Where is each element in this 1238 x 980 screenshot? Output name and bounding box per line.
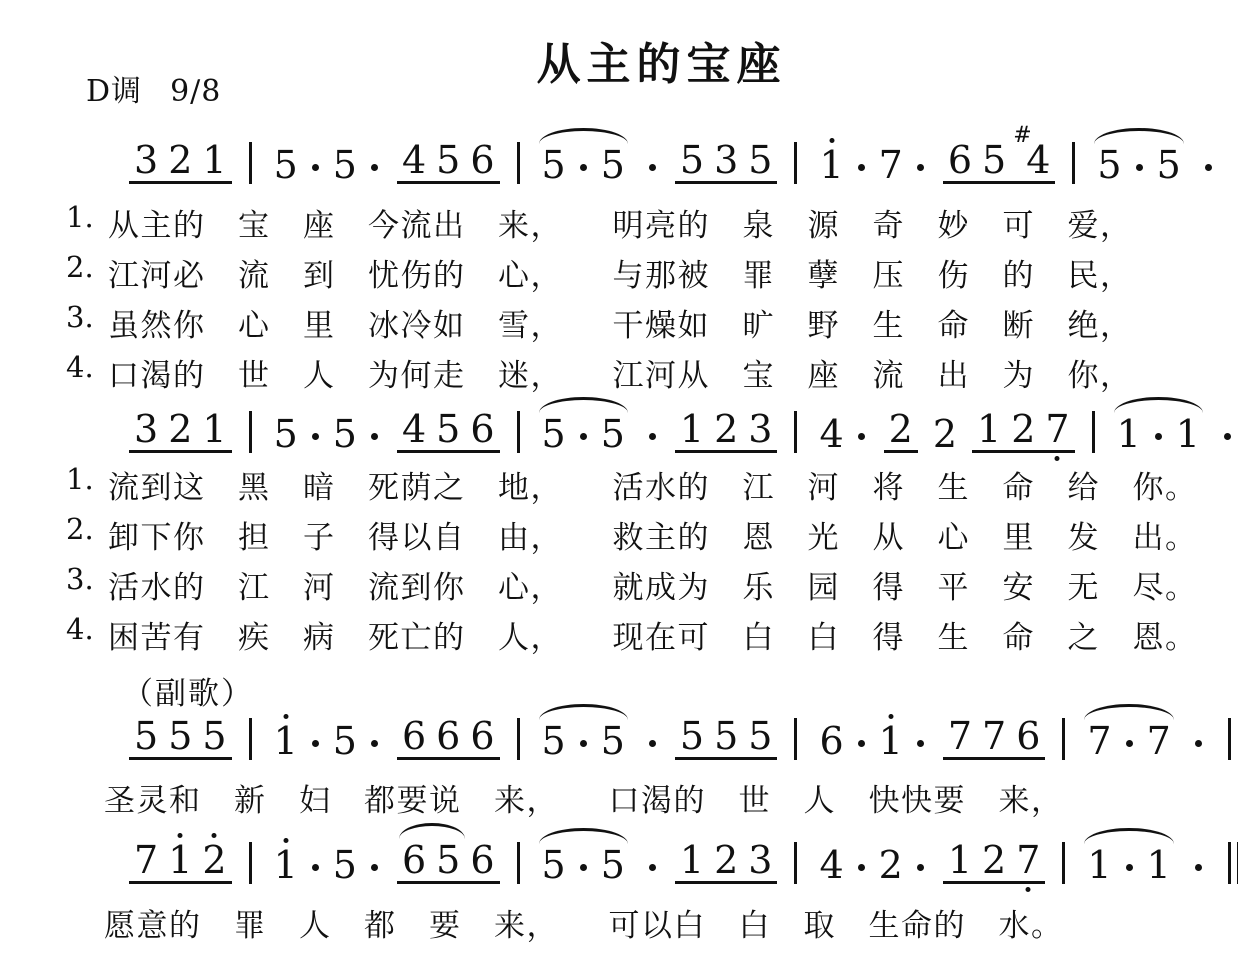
- note: 1: [1082, 846, 1116, 884]
- note: 2: [709, 841, 743, 879]
- note-group: 15: [269, 722, 387, 760]
- note-group: 77: [1082, 722, 1175, 760]
- lyric-text: 愿意的 罪 人 都 要 来， 可以白 白 取 生命的 水。: [104, 900, 1064, 945]
- note-group: 656: [397, 841, 500, 884]
- note-group: 666: [397, 717, 500, 760]
- augmentation-dot: [649, 164, 656, 171]
- note: 5: [1092, 146, 1126, 184]
- note: 2: [874, 846, 908, 884]
- note-group: 123: [675, 410, 778, 453]
- measure: 321: [122, 141, 239, 184]
- note-group: 11: [1112, 415, 1205, 453]
- augmentation-dot: [858, 864, 865, 871]
- note: 4: [1021, 141, 1055, 179]
- note: 5: [1152, 146, 1186, 184]
- augmentation-dot: [649, 740, 656, 747]
- note: 5: [977, 141, 1011, 179]
- augmentation-dot: [858, 433, 865, 440]
- verse-number: 2.: [66, 250, 108, 284]
- barline: [249, 142, 252, 184]
- lyric-line: 愿意的 罪 人 都 要 来， 可以白 白 取 生命的 水。: [104, 900, 1064, 950]
- augmentation-dot: [1195, 864, 1202, 871]
- note-group: 535: [675, 141, 778, 184]
- note: 5: [537, 146, 571, 184]
- chorus-lyrics-2: 愿意的 罪 人 都 要 来， 可以白 白 取 生命的 水。: [104, 900, 1064, 950]
- note: 1: [943, 841, 977, 879]
- note: 6: [431, 717, 465, 755]
- note-group: 55: [537, 415, 630, 453]
- note: 6: [814, 722, 848, 760]
- note: 1: [269, 722, 303, 760]
- barline: [249, 718, 252, 760]
- measure: 61776: [807, 717, 1052, 760]
- note: 6: [1011, 717, 1045, 755]
- note: 3: [743, 841, 777, 879]
- augmentation-dot: [371, 864, 378, 871]
- note: 4: [814, 415, 848, 453]
- measure: 55535: [530, 141, 785, 184]
- note: 1: [197, 410, 231, 448]
- note-group: [1186, 864, 1211, 884]
- note-group: 11: [1082, 846, 1175, 884]
- lyric-line: 圣灵和 新 妇 都要说 来， 口渴的 世 人 快快要 来，: [104, 775, 1064, 825]
- note: 5: [675, 141, 709, 179]
- lyric-line: 2.卸下你 担 子 得以自 由， 救主的 恩 光 从 心 里 发 出。: [66, 512, 1198, 562]
- note: 1: [675, 841, 709, 879]
- measure: 55123: [530, 410, 785, 453]
- note: 5: [537, 415, 571, 453]
- note-group: 712: [129, 841, 232, 884]
- note: 4: [397, 410, 431, 448]
- note-group: 321: [129, 410, 232, 453]
- barline: [1092, 411, 1095, 453]
- augmentation-dot: [917, 164, 924, 171]
- barline: [794, 142, 797, 184]
- notation-line-1: 32155456555351765455: [122, 136, 1238, 184]
- augmentation-dot: [580, 864, 587, 871]
- note: 1: [1142, 846, 1176, 884]
- note: 2: [977, 841, 1011, 879]
- note: 1: [972, 410, 1006, 448]
- measure: 321: [122, 410, 239, 453]
- note: 5: [709, 717, 743, 755]
- note: 5: [328, 146, 362, 184]
- note: 1: [163, 841, 197, 879]
- note-group: 456: [397, 410, 500, 453]
- augmentation-dot: [1195, 740, 1202, 747]
- verse-number: 1.: [66, 462, 108, 496]
- verse-number: 3.: [66, 562, 108, 596]
- barline: [1062, 718, 1065, 760]
- measure: 17654: [807, 141, 1062, 184]
- augmentation-dot: [1136, 164, 1143, 171]
- note: 2: [884, 410, 918, 448]
- lyric-text: 从主的 宝 座 今流出 来， 明亮的 泉 源 奇 妙 可 爱，: [108, 200, 1133, 245]
- measure: 55123: [530, 841, 785, 884]
- measure: 11: [1105, 415, 1238, 453]
- measure: 15656: [262, 841, 507, 884]
- note-group: 555: [129, 717, 232, 760]
- note-group: [1186, 740, 1211, 760]
- note-group: 321: [129, 141, 232, 184]
- measure: 11: [1075, 846, 1217, 884]
- lyric-text: 流到这 黑 暗 死荫之 地， 活水的 江 河 将 生 命 给 你。: [108, 462, 1198, 507]
- note: 5: [328, 722, 362, 760]
- note-group: 127: [972, 410, 1075, 453]
- note: 4: [397, 141, 431, 179]
- note: 7: [1142, 722, 1176, 760]
- augmentation-dot: [649, 433, 656, 440]
- note: 6: [397, 717, 431, 755]
- augmentation-dot: [1126, 740, 1133, 747]
- lyric-line: 4.困苦有 疾 病 死亡的 人， 现在可 白 白 得 生 命 之 恩。: [66, 612, 1198, 662]
- barline: [1228, 718, 1231, 760]
- note-group: 55: [537, 846, 630, 884]
- note: 6: [465, 410, 499, 448]
- note: 6: [397, 841, 431, 879]
- lyric-line: 1.流到这 黑 暗 死荫之 地， 活水的 江 河 将 生 命 给 你。: [66, 462, 1198, 512]
- note: 6: [943, 141, 977, 179]
- note: 7: [129, 841, 163, 879]
- note: 7: [1011, 841, 1045, 879]
- lyric-line: 4.口渴的 世 人 为何走 迷， 江河从 宝 座 流 出 为 你，: [66, 350, 1133, 400]
- note: 7: [943, 717, 977, 755]
- augmentation-dot: [1126, 864, 1133, 871]
- measure: 77: [1075, 722, 1217, 760]
- measure: 55555: [530, 717, 785, 760]
- note: 7: [977, 717, 1011, 755]
- note: 5: [596, 146, 630, 184]
- notation-line-4: 71215656551234212711: [122, 836, 1238, 884]
- note: 5: [743, 141, 777, 179]
- lyric-text: 卸下你 担 子 得以自 由， 救主的 恩 光 从 心 里 发 出。: [108, 512, 1198, 557]
- note-group: [1196, 164, 1221, 184]
- lyric-text: 活水的 江 河 流到你 心， 就成为 乐 园 得 平 安 无 尽。: [108, 562, 1198, 607]
- note: 4: [814, 846, 848, 884]
- augmentation-dot: [580, 740, 587, 747]
- lyric-text: 圣灵和 新 妇 都要说 来， 口渴的 世 人 快快要 来，: [104, 775, 1064, 820]
- time-signature: 9/8: [170, 74, 221, 109]
- note: 5: [537, 846, 571, 884]
- lyric-line: 2.江河必 流 到 忧伤的 心， 与那被 罪 孽 压 伤 的 民，: [66, 250, 1133, 300]
- lyric-line: 1.从主的 宝 座 今流出 来， 明亮的 泉 源 奇 妙 可 爱，: [66, 200, 1133, 250]
- chorus-lyrics-1: 圣灵和 新 妇 都要说 来， 口渴的 世 人 快快要 来，: [104, 775, 1064, 825]
- verse-number: 1.: [66, 200, 108, 234]
- note-group: [640, 433, 665, 453]
- measure: 42127: [807, 841, 1052, 884]
- note: 3: [743, 410, 777, 448]
- key-label: D调: [86, 74, 142, 109]
- augmentation-dot: [917, 864, 924, 871]
- barline: [794, 842, 797, 884]
- augmentation-dot: [917, 740, 924, 747]
- note: 1: [1112, 415, 1146, 453]
- notation-line-2: 321554565512342212711: [122, 405, 1238, 453]
- augmentation-dot: [312, 864, 319, 871]
- note-group: [640, 740, 665, 760]
- note: 1: [675, 410, 709, 448]
- note: 2: [1006, 410, 1040, 448]
- note: 7: [874, 146, 908, 184]
- note: 5: [197, 717, 231, 755]
- note-group: 55: [269, 146, 387, 184]
- note: 1: [197, 141, 231, 179]
- note-group: 55: [269, 415, 387, 453]
- verse-number: 2.: [66, 512, 108, 546]
- notation-line-3: 55515666555556177677: [122, 712, 1238, 760]
- augmentation-dot: [580, 433, 587, 440]
- augmentation-dot: [649, 864, 656, 871]
- lyric-text: 困苦有 疾 病 死亡的 人， 现在可 白 白 得 生 命 之 恩。: [108, 612, 1198, 657]
- note-group: 15: [269, 846, 387, 884]
- augmentation-dot: [312, 433, 319, 440]
- note-group: 555: [675, 717, 778, 760]
- augmentation-dot: [1205, 164, 1212, 171]
- barline: [1062, 842, 1065, 884]
- augmentation-dot: [371, 740, 378, 747]
- sheet-music-page: 从主的宝座 D调9/8 32155456555351765455 1.从主的 宝…: [0, 0, 1238, 980]
- note-group: 654: [943, 141, 1056, 184]
- note: 5: [269, 415, 303, 453]
- note-group: 55: [537, 722, 630, 760]
- lyric-text: 口渴的 世 人 为何走 迷， 江河从 宝 座 流 出 为 你，: [108, 350, 1133, 395]
- measure: 55: [1085, 146, 1227, 184]
- lyric-text: 虽然你 心 里 冰冷如 雪， 干燥如 旷 野 生 命 断 绝，: [108, 300, 1133, 345]
- note-group: [1215, 433, 1238, 453]
- note: 2: [197, 841, 231, 879]
- barline: [794, 411, 797, 453]
- note-group: 127: [943, 841, 1046, 884]
- verse-lyrics-a: 1.从主的 宝 座 今流出 来， 明亮的 泉 源 奇 妙 可 爱，2.江河必 流…: [66, 200, 1133, 400]
- note: 5: [743, 717, 777, 755]
- note: 3: [129, 141, 163, 179]
- barline: [249, 411, 252, 453]
- note: 5: [537, 722, 571, 760]
- augmentation-dot: [371, 164, 378, 171]
- note: 5: [431, 841, 465, 879]
- augmentation-dot: [371, 433, 378, 440]
- verse-lyrics-b: 1.流到这 黑 暗 死荫之 地， 活水的 江 河 将 生 命 给 你。2.卸下你…: [66, 462, 1198, 662]
- note: 5: [431, 410, 465, 448]
- augmentation-dot: [1224, 433, 1231, 440]
- note-group: 55: [1092, 146, 1185, 184]
- key-signature: D调9/8: [86, 66, 221, 110]
- note-group: 55: [537, 146, 630, 184]
- note-group: 4: [814, 415, 873, 453]
- note-group: 42: [814, 846, 932, 884]
- note: 5: [163, 717, 197, 755]
- lyric-line: 3.虽然你 心 里 冰冷如 雪， 干燥如 旷 野 生 命 断 绝，: [66, 300, 1133, 350]
- augmentation-dot: [858, 740, 865, 747]
- note: 5: [129, 717, 163, 755]
- note-group: [640, 164, 665, 184]
- measure: 422127: [807, 410, 1081, 453]
- augmentation-dot: [312, 164, 319, 171]
- note-group: 776: [943, 717, 1046, 760]
- note: 2: [163, 141, 197, 179]
- note: 1: [269, 846, 303, 884]
- note: 2: [163, 410, 197, 448]
- note-group: 17: [814, 146, 932, 184]
- note: 7: [1040, 410, 1074, 448]
- measure: 555: [122, 717, 239, 760]
- note-group: 123: [675, 841, 778, 884]
- barline: [1228, 842, 1231, 884]
- note-group: 2: [884, 410, 918, 453]
- augmentation-dot: [858, 164, 865, 171]
- lyric-line: 3.活水的 江 河 流到你 心， 就成为 乐 园 得 平 安 无 尽。: [66, 562, 1198, 612]
- note-group: 61: [814, 722, 932, 760]
- barline: [1072, 142, 1075, 184]
- verse-number: 4.: [66, 612, 108, 646]
- note: 2: [928, 415, 962, 453]
- note: 1: [814, 146, 848, 184]
- lyric-text: 江河必 流 到 忧伤的 心， 与那被 罪 孽 压 伤 的 民，: [108, 250, 1133, 295]
- barline: [249, 842, 252, 884]
- note: 6: [465, 841, 499, 879]
- barline: [794, 718, 797, 760]
- barline: [517, 142, 520, 184]
- note: 5: [596, 846, 630, 884]
- measure: 55456: [262, 141, 507, 184]
- note: 5: [328, 846, 362, 884]
- measure: 55456: [262, 410, 507, 453]
- augmentation-dot: [580, 164, 587, 171]
- note: 5: [431, 141, 465, 179]
- note: 5: [596, 415, 630, 453]
- measure: 712: [122, 841, 239, 884]
- note: 3: [129, 410, 163, 448]
- note: 1: [1171, 415, 1205, 453]
- note: 5: [328, 415, 362, 453]
- note: 6: [465, 717, 499, 755]
- note: 5: [269, 146, 303, 184]
- note: 1: [874, 722, 908, 760]
- note: 5: [596, 722, 630, 760]
- note-group: [640, 864, 665, 884]
- augmentation-dot: [1155, 433, 1162, 440]
- verse-number: 3.: [66, 300, 108, 334]
- verse-number: 4.: [66, 350, 108, 384]
- note-group: 456: [397, 141, 500, 184]
- note: 6: [465, 141, 499, 179]
- note: 5: [675, 717, 709, 755]
- barline: [517, 718, 520, 760]
- barline: [517, 411, 520, 453]
- barline: [517, 842, 520, 884]
- measure: 15666: [262, 717, 507, 760]
- chorus-label: （副歌）: [122, 668, 254, 713]
- note: 7: [1082, 722, 1116, 760]
- note: 2: [709, 410, 743, 448]
- note: 3: [709, 141, 743, 179]
- note-group: 2: [928, 415, 962, 453]
- augmentation-dot: [312, 740, 319, 747]
